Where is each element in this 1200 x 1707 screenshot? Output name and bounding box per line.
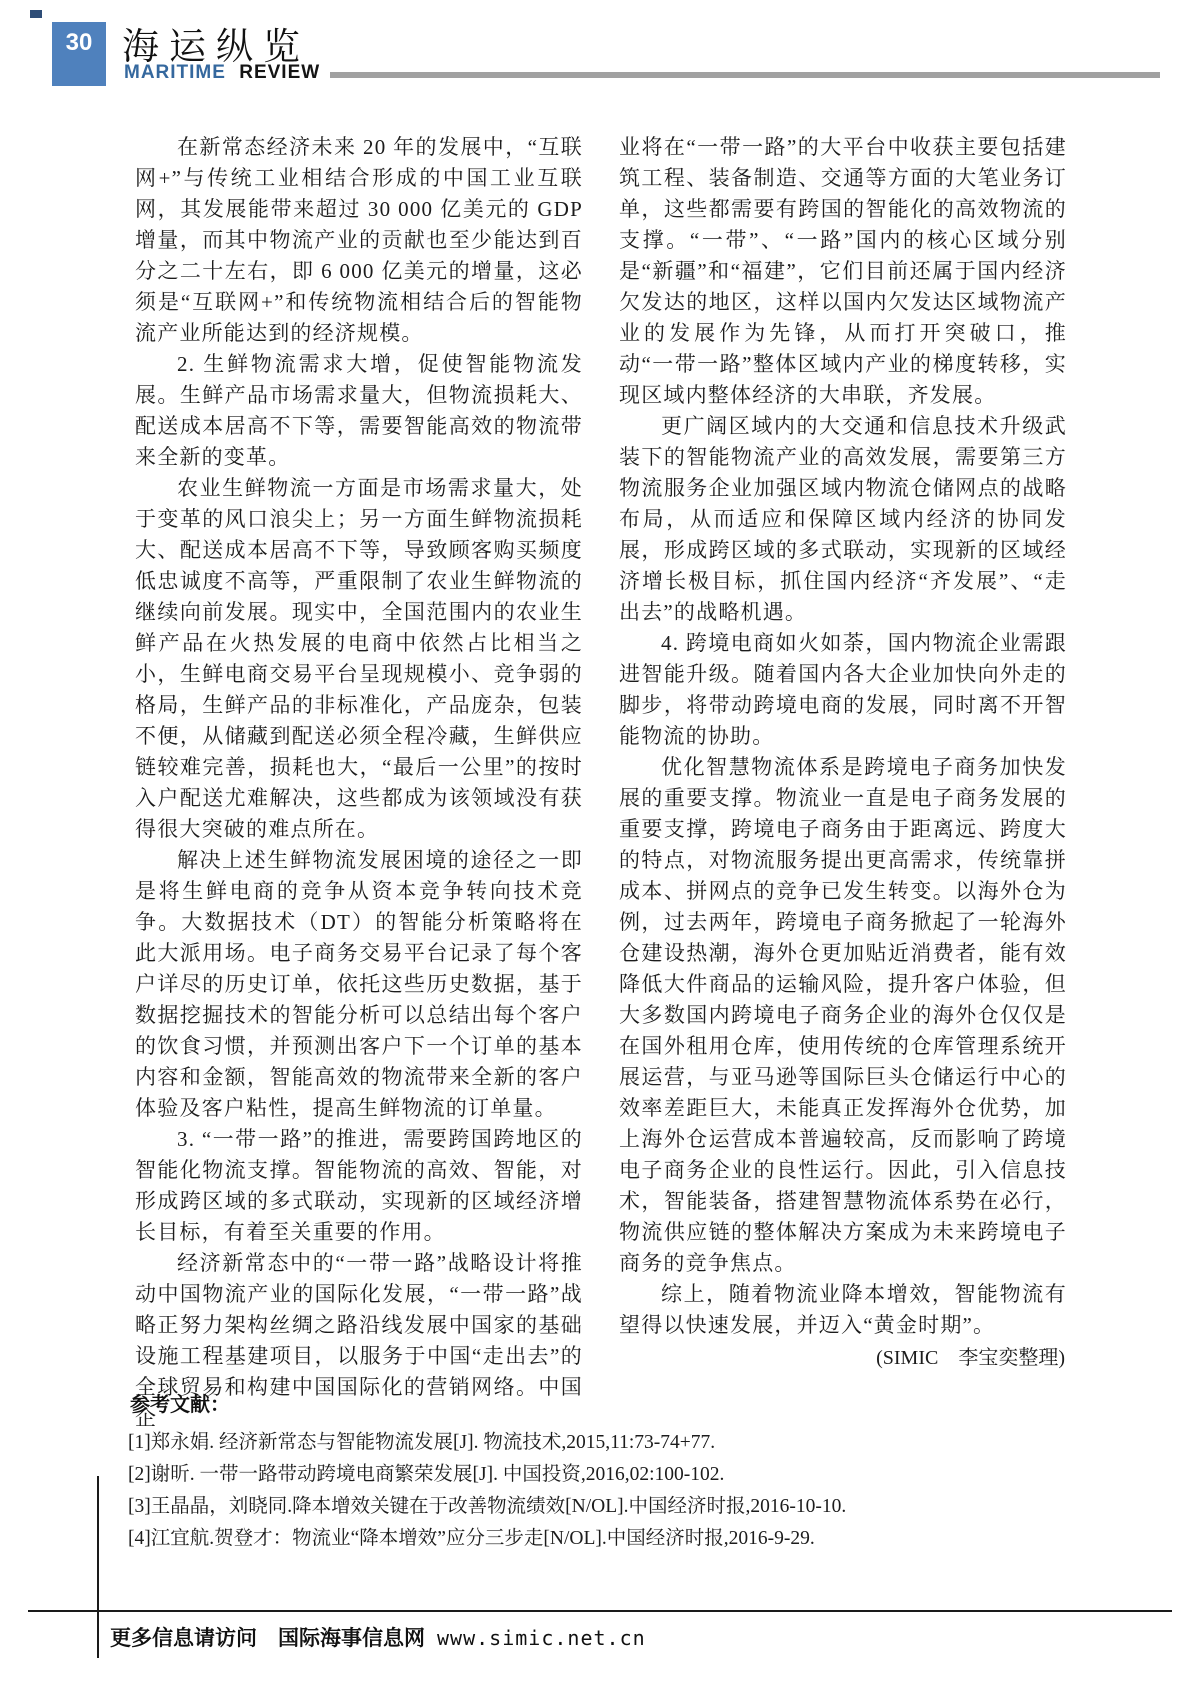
paragraph: 解决上述生鲜物流发展困境的途径之一即是将生鲜电商的竞争从资本竞争转向技术竞争。大… [135, 845, 583, 1124]
paragraph: 2. 生鲜物流需求大增，促使智能物流发展。生鲜产品市场需求量大，但物流损耗大、配… [135, 349, 583, 473]
reference-item: [1]郑永娟. 经济新常态与智能物流发展[J]. 物流技术,2015,11:73… [128, 1432, 958, 1453]
paragraph: 3. “一带一路”的推进，需要跨国跨地区的智能化物流支撑。智能物流的高效、智能，… [135, 1124, 583, 1248]
right-column: 业将在“一带一路”的大平台中收获主要包括建筑工程、装备制造、交通等方面的大笔业务… [619, 132, 1067, 1434]
paragraph: 优化智慧物流体系是跨境电子商务加快发展的重要支撑。物流业一直是电子商务发展的重要… [619, 752, 1067, 1279]
page-subtitle: MARITIME REVIEW [124, 62, 320, 84]
magazine-page: 30 海运纵览 MARITIME REVIEW 在新常态经济未来 20 年的发展… [0, 0, 1200, 1707]
page-number-badge: 30 [52, 22, 106, 86]
subtitle-review: REVIEW [239, 62, 320, 83]
corner-print-mark [30, 10, 42, 18]
paragraph: 更广阔区域内的大交通和信息技术升级武装下的智能物流产业的高效发展，需要第三方物流… [619, 411, 1067, 628]
reference-item: [3]王晶晶，刘晓同.降本增效关键在于改善物流绩效[N/OL].中国经济时报,2… [128, 1496, 958, 1517]
references-heading: 参考文献： [130, 1388, 958, 1417]
footer-crop-line [97, 1476, 99, 1658]
article-body: 在新常态经济未来 20 年的发展中，“互联网+”与传统工业相结合形成的中国工业互… [135, 132, 1067, 1434]
author-attribution: (SIMIC 李宝奕整理) [619, 1343, 1067, 1374]
footer-rule [28, 1610, 1172, 1612]
references-section: 参考文献： [1]郑永娟. 经济新常态与智能物流发展[J]. 物流技术,2015… [128, 1388, 958, 1560]
footer: 更多信息请访问 国际海事信息网www.simic.net.cn [110, 1622, 646, 1652]
footer-url: www.simic.net.cn [437, 1626, 646, 1650]
footer-site-label: 更多信息请访问 国际海事信息网 [110, 1627, 425, 1650]
page-number: 30 [66, 29, 93, 56]
left-column: 在新常态经济未来 20 年的发展中，“互联网+”与传统工业相结合形成的中国工业互… [135, 132, 583, 1434]
paragraph: 农业生鲜物流一方面是市场需求量大，处于变革的风口浪尖上；另一方面生鲜物流损耗大、… [135, 473, 583, 845]
subtitle-maritime: MARITIME [124, 62, 226, 83]
paragraph: 4. 跨境电商如火如荼，国内物流企业需跟进智能升级。随着国内各大企业加快向外走的… [619, 628, 1067, 752]
reference-item: [2]谢昕. 一带一路带动跨境电商繁荣发展[J]. 中国投资,2016,02:1… [128, 1464, 958, 1485]
reference-item: [4]江宜航.贺登才：物流业“降本增效”应分三步走[N/OL].中国经济时报,2… [128, 1528, 958, 1549]
header-rule [330, 72, 1160, 78]
paragraph: 综上，随着物流业降本增效，智能物流有望得以快速发展，并迈入“黄金时期”。 [619, 1279, 1067, 1341]
paragraph: 业将在“一带一路”的大平台中收获主要包括建筑工程、装备制造、交通等方面的大笔业务… [619, 132, 1067, 411]
paragraph: 在新常态经济未来 20 年的发展中，“互联网+”与传统工业相结合形成的中国工业互… [135, 132, 583, 349]
